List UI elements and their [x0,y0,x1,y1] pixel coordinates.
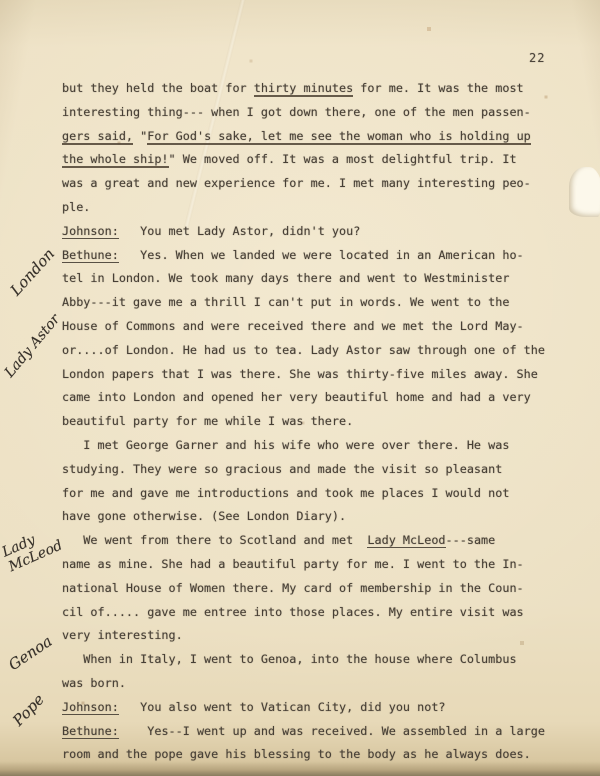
text-line: tel in London. We took many days there a… [62,267,572,291]
text-line: was born. [62,672,572,696]
text-line: for me and gave me introductions and too… [62,482,572,506]
margin-note-pope: Pope [10,691,47,729]
text-line: very interesting. [62,624,572,648]
paper-specks [0,0,2,2]
margin-note-lady-astor: Lady Astor [2,311,64,380]
text-line: or....of London. He had us to tea. Lady … [62,339,572,363]
text-line: name as mine. She had a beautiful party … [62,553,572,577]
text-line: beautiful party for me while I was there… [62,410,572,434]
text-line: came into London and opened her very bea… [62,386,572,410]
margin-note-london: London [7,245,57,298]
text-line: interesting thing--- when I got down the… [62,101,572,125]
text-line: Abby---it gave me a thrill I can't put i… [62,291,572,315]
text-line: the whole ship!" We moved off. It was a … [62,148,572,172]
text-line: We went from there to Scotland and met L… [62,529,572,553]
text-line: gers said, "For God's sake, let me see t… [62,125,572,149]
text-line: London papers that I was there. She was … [62,363,572,387]
text-line: Johnson: You met Lady Astor, didn't you? [62,220,572,244]
margin-note-genoa: Genoa [6,633,55,673]
text-line: have gone otherwise. (See London Diary). [62,505,572,529]
text-line: cil of..... gave me entree into those pl… [62,601,572,625]
text-line: House of Commons and were received there… [62,315,572,339]
text-line: but they held the boat for thirty minute… [62,77,572,101]
page-number: 22 [529,51,545,65]
margin-note-lady-mcleod: Lady McLeod [0,525,60,575]
text-line: studying. They were so gracious and made… [62,458,572,482]
text-line: When in Italy, I went to Genoa, into the… [62,648,572,672]
page-bottom-shadow [0,762,600,776]
text-line: I met George Garner and his wife who wer… [62,434,572,458]
text-line: national House of Women there. My card o… [62,577,572,601]
text-line: was a great and new experience for me. I… [62,172,572,196]
document-page: 22 but they held the boat for thirty min… [0,0,600,776]
text-line: Johnson: You also went to Vatican City, … [62,696,572,720]
typed-text: but they held the boat for thirty minute… [62,77,572,767]
text-line: Bethune: Yes. When we landed we were loc… [62,244,572,268]
text-line: Bethune: Yes--I went up and was received… [62,720,572,744]
text-line: ple. [62,196,572,220]
paper-tear [569,167,600,217]
